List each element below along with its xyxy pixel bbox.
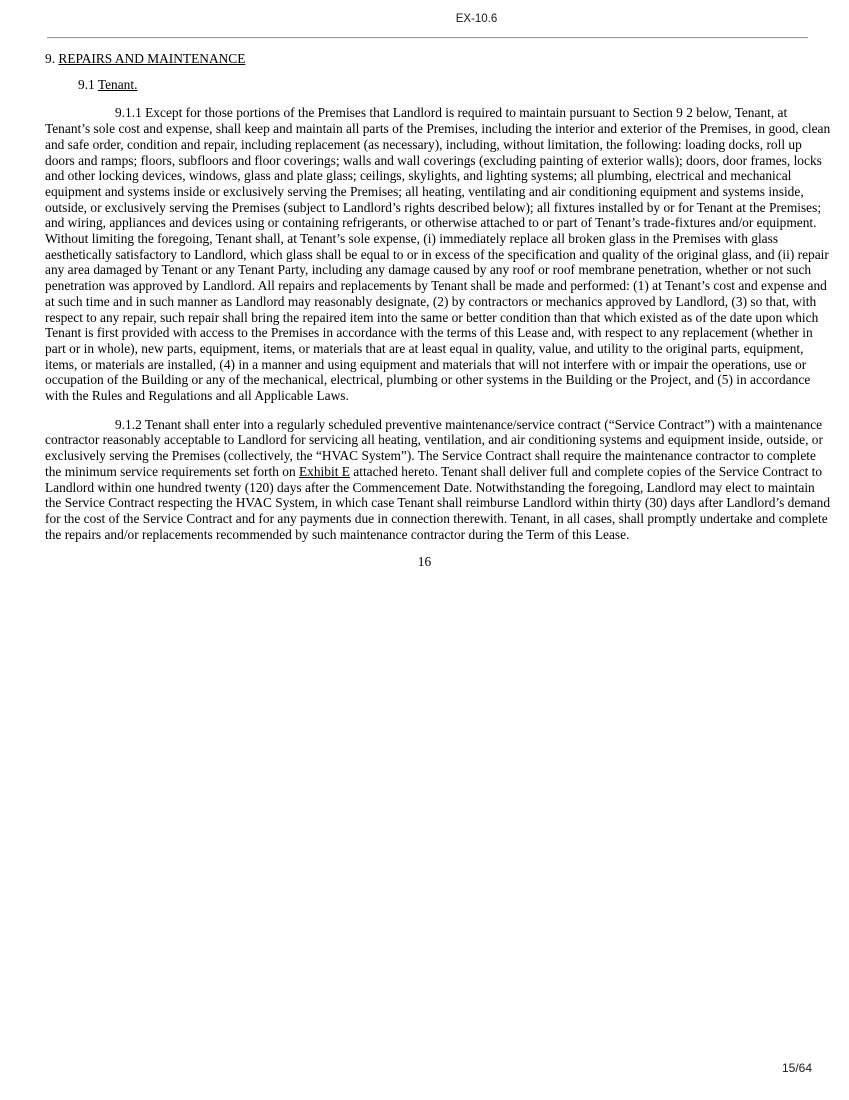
header-divider	[47, 37, 808, 39]
section-number: 9.	[45, 51, 55, 66]
exhibit-number-label: EX-10.6	[456, 13, 498, 25]
subsection-number: 9.1	[78, 77, 95, 92]
document-body: 9. REPAIRS AND MAINTENANCE 9.1 Tenant. 9…	[45, 51, 831, 570]
subsection-heading: 9.1 Tenant.	[78, 77, 831, 93]
exhibit-e-reference: Exhibit E	[299, 464, 350, 479]
section-title: REPAIRS AND MAINTENANCE	[58, 51, 245, 66]
document-page: EX-10.6 9. REPAIRS AND MAINTENANCE 9.1 T…	[0, 0, 849, 1100]
subsection-title: Tenant.	[98, 77, 138, 92]
paragraph-9-1-2: 9.1.2 Tenant shall enter into a regularl…	[45, 417, 831, 543]
paragraph-9-1-1: 9.1.1 Except for those portions of the P…	[45, 105, 831, 403]
page-header: EX-10.6	[0, 0, 849, 26]
section-heading: 9. REPAIRS AND MAINTENANCE	[45, 51, 831, 67]
page-number: 16	[0, 554, 849, 570]
pagination-indicator: 15/64	[782, 1061, 812, 1075]
